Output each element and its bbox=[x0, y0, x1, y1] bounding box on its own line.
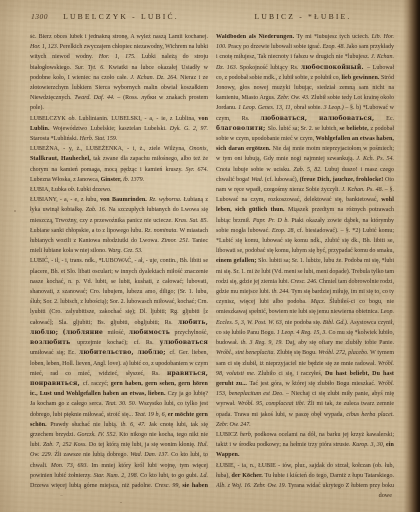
text-columns: ść. Bierz obces lubek i jednakną stronę,… bbox=[30, 32, 394, 492]
column-right: Waldboden als Niederungen. Ty mi *lubuje… bbox=[216, 32, 394, 492]
paper-speckle bbox=[60, 495, 63, 496]
dictionary-paragraph: LUBELCZYK ob. Lublinianin. LUBELSKI, - a… bbox=[30, 114, 208, 145]
dictionary-paragraph: LUBIĆ, - ił, - i, trans. ndk., *LUBOWAĆ,… bbox=[30, 256, 208, 492]
dictionary-paragraph: Waldboden als Niederungen. Ty mi *lubuje… bbox=[216, 32, 394, 430]
dictionary-paragraph: ŁUBIA, Łubka ob. Łubki drzewo. bbox=[30, 185, 208, 195]
running-head-right: LUBICZ - *ŁUBIE. bbox=[212, 12, 394, 21]
dictionary-paragraph: LUBICZ herb, podkowa ocelami na dół, na … bbox=[216, 430, 394, 461]
paper-speckle bbox=[14, 210, 16, 212]
dictionary-paragraph: ŁUBIE, - ia, n., ŁUBIE - iów, plur., saj… bbox=[216, 461, 394, 492]
catchword: dowe bbox=[379, 492, 392, 499]
running-head-left: LUBELCZYK - LUBIĆ. bbox=[30, 12, 212, 21]
page-content: 1300 LUBELCZYK - LUBIĆ. LUBICZ - *ŁUBIE.… bbox=[30, 9, 394, 492]
dictionary-paragraph: ŁUBIANY, - a, - e, z łubu, von Baumrinde… bbox=[30, 195, 208, 256]
dictionary-paragraph: ść. Bierz obces lubek i jednakną stronę,… bbox=[30, 32, 208, 114]
page-number: 1300 bbox=[31, 12, 48, 21]
paper-speckle bbox=[120, 502, 122, 503]
book-edge-shadow bbox=[403, 0, 420, 512]
column-left: ść. Bierz obces lubek i jednakną stronę,… bbox=[30, 32, 208, 492]
dictionary-paragraph: LUBEŻNA, - y, ż., LUBEŻENKA, - i, ż., zi… bbox=[30, 144, 208, 185]
running-head: 1300 LUBELCZYK - LUBIĆ. LUBICZ - *ŁUBIE. bbox=[30, 9, 394, 24]
scanned-dictionary-page: 1300 LUBELCZYK - LUBIĆ. LUBICZ - *ŁUBIE.… bbox=[0, 0, 420, 512]
